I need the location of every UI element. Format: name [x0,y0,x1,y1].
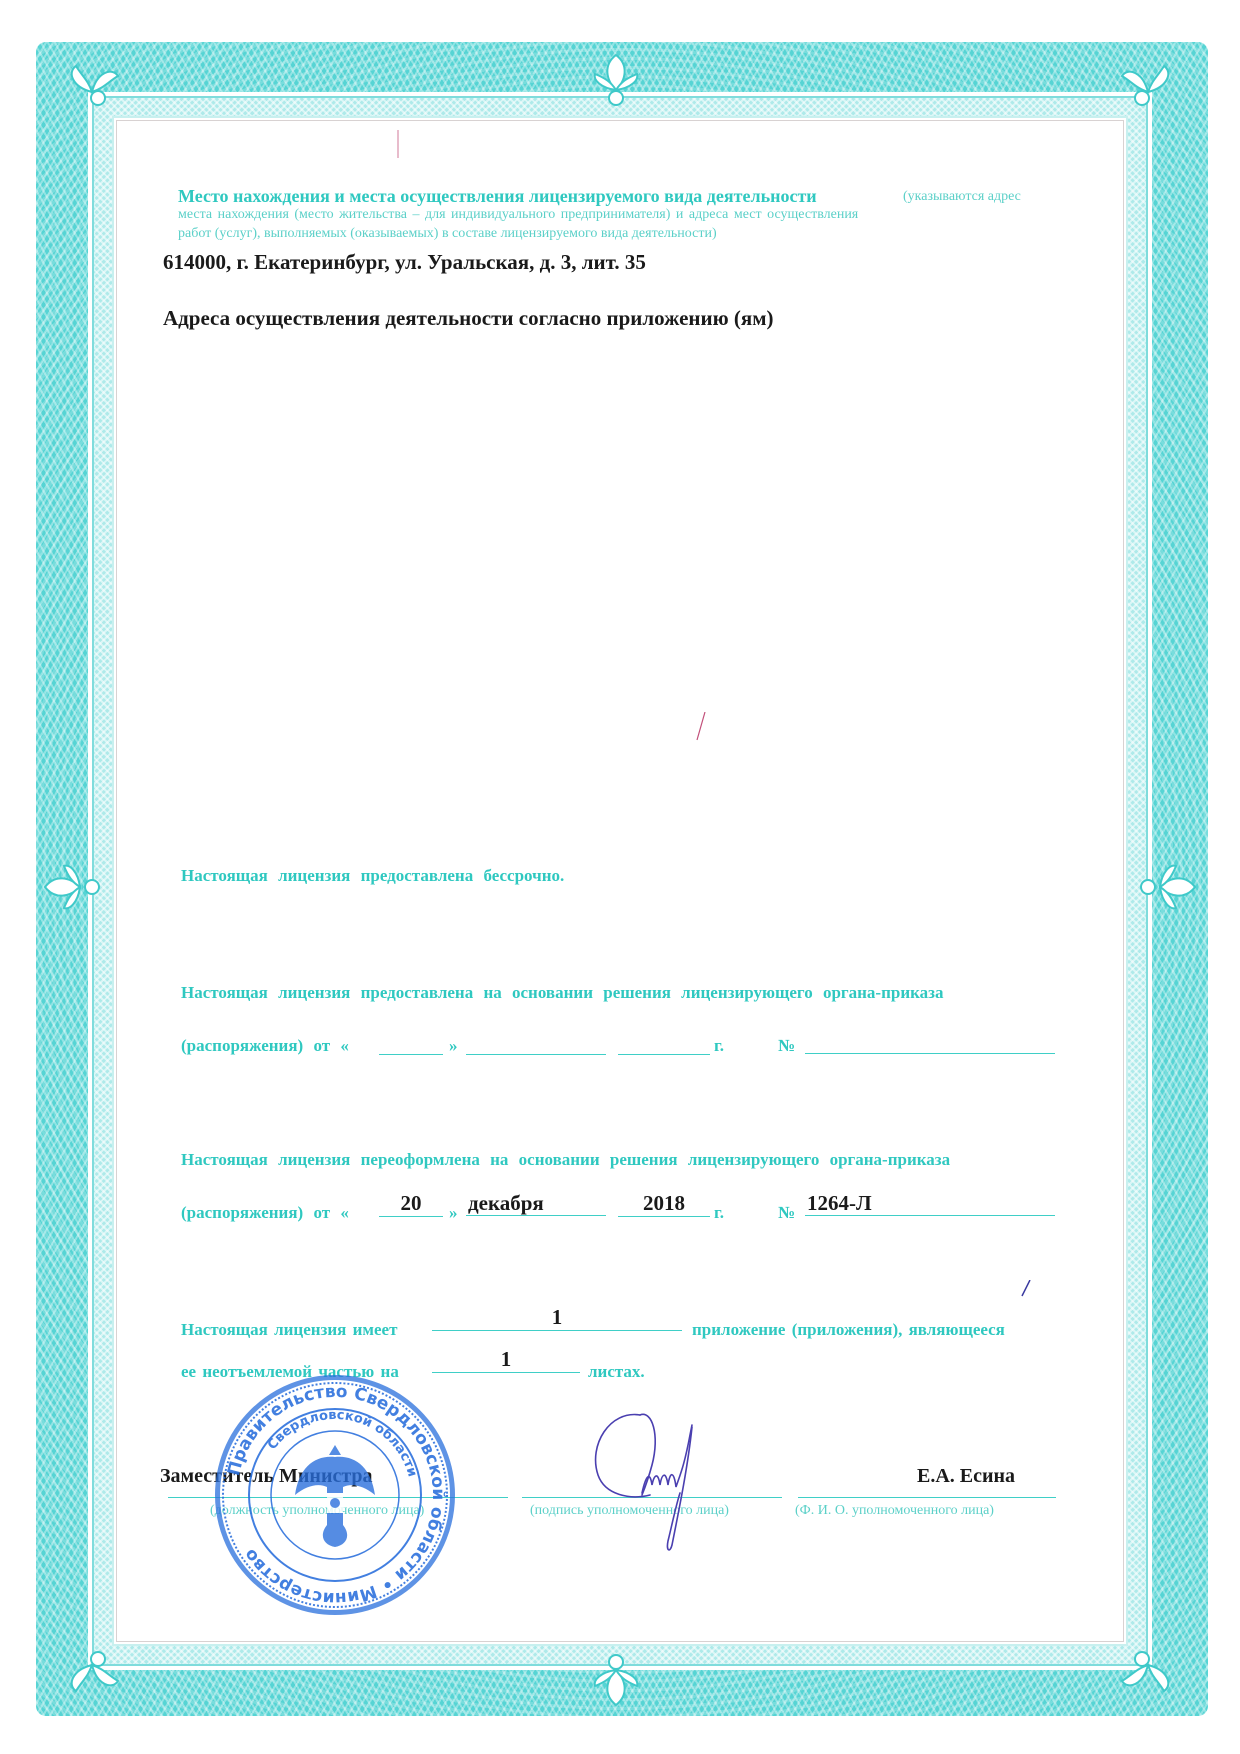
granted-day-field [379,1030,443,1055]
appendix-count-field: 1 [432,1306,682,1331]
reissued-year-field: 2018 [618,1192,710,1217]
official-seal-stamp: Правительство Свердловской области • Мин… [215,1375,455,1615]
registered-address: 614000, г. Екатеринбург, ул. Уральская, … [163,250,646,275]
location-note: места нахождения (место жительства – для… [178,207,858,223]
right-center-ornament-icon [1130,862,1200,912]
year-suffix: г. [714,1036,724,1056]
quote-close: » [449,1203,458,1223]
handwritten-signature [580,1405,750,1555]
signer-name: Е.А. Есина [917,1465,1015,1488]
sheets-suffix: листах. [588,1362,645,1382]
pen-mark [695,712,707,742]
granted-number-field [805,1030,1055,1054]
reissued-number-field: 1264-Л [805,1192,1055,1216]
pen-mark [395,130,401,160]
appendix-prefix: Настоящая лицензия имеет [181,1320,397,1340]
location-heading: Место нахождения и места осуществления л… [178,186,817,207]
reissued-day-field: 20 [379,1192,443,1217]
granted-order-prefix: (распоряжения) от « [181,1036,349,1056]
name-caption: (Ф. И. О. уполномоченного лица) [795,1503,994,1519]
quote-close: » [449,1036,458,1056]
corner-ornament-icon [62,1635,122,1695]
left-center-ornament-icon [40,862,110,912]
bottom-center-ornament-icon [591,1650,641,1710]
reissued-basis-text: Настоящая лицензия переоформлена на осно… [181,1150,950,1170]
name-line [798,1497,1056,1498]
reissued-order-prefix: (распоряжения) от « [181,1203,349,1223]
year-suffix: г. [714,1203,724,1223]
corner-ornament-icon [62,62,122,122]
location-note: работ (услуг), выполняемых (оказываемых)… [178,226,717,242]
sheet-count-field: 1 [432,1348,580,1373]
location-note: (указываются адрес [903,189,1021,205]
corner-ornament-icon [1118,1635,1178,1695]
top-center-ornament-icon [591,50,641,110]
reissued-month-field: декабря [466,1192,606,1216]
number-sign: № [778,1036,795,1056]
addresses-per-appendix: Адреса осуществления деятельности соглас… [163,306,774,331]
pen-mark [1020,1280,1032,1300]
granted-month-field [466,1030,606,1055]
granted-year-field [618,1030,710,1055]
validity-statement: Настоящая лицензия предоставлена бессроч… [181,866,564,886]
appendix-suffix: приложение (приложения), являющееся [692,1320,1005,1340]
granted-basis-text: Настоящая лицензия предоставлена на осно… [181,983,943,1003]
corner-ornament-icon [1118,62,1178,122]
number-sign: № [778,1203,795,1223]
